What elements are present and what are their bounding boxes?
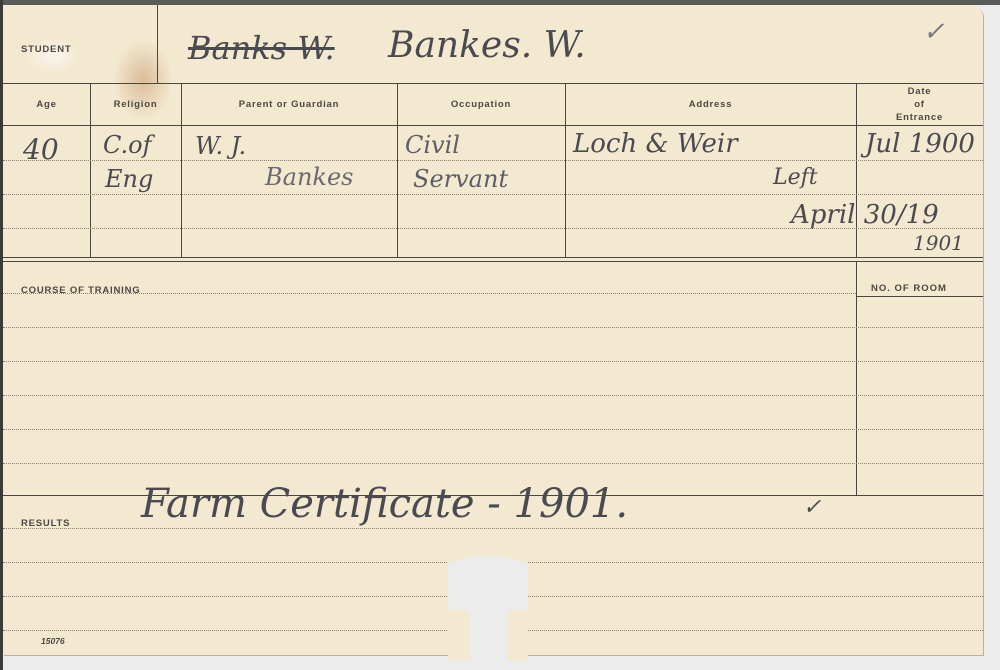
card-edge (448, 610, 470, 660)
occupation-value-line2: Servant (413, 165, 508, 193)
ruled-line (3, 160, 983, 161)
divider (3, 125, 983, 126)
header-parent-guardian: Parent or Guardian (181, 98, 397, 111)
student-name: Bankes. W. (388, 25, 586, 66)
card-serial-number: 15076 (41, 636, 65, 646)
header-address: Address (565, 98, 856, 111)
divider (3, 261, 983, 262)
card-edge (508, 610, 528, 660)
address-value: Loch & Weir (573, 129, 738, 159)
divider (181, 83, 182, 258)
date-entrance-value: Jul 1900 (865, 129, 975, 159)
student-label: Student (21, 44, 71, 55)
room-number-label: No. of Room (871, 283, 947, 294)
ruled-line (3, 327, 983, 328)
ruled-line (3, 361, 983, 362)
divider (157, 5, 158, 83)
header-date-line: Entrance (856, 111, 983, 124)
parent-value-line2: Bankes (265, 163, 353, 191)
religion-value-line1: C.of (103, 131, 151, 159)
ruled-line (3, 395, 983, 396)
divider (3, 257, 983, 258)
age-value: 40 (23, 133, 59, 166)
ruled-line (3, 429, 983, 430)
divider (856, 296, 983, 297)
results-value: Farm Certificate - 1901. (141, 481, 628, 527)
religion-value-line2: Eng (105, 165, 153, 193)
date-left-value: April 30/19 (791, 200, 939, 230)
date-left-year: 1901 (913, 231, 964, 255)
divider (856, 83, 857, 258)
divider (90, 83, 91, 258)
course-of-training-label: Course of Training (21, 285, 140, 296)
occupation-value-line1: Civil (405, 131, 460, 159)
address-note: Left (773, 165, 818, 190)
check-mark-icon: ✓ (803, 495, 821, 520)
divider (565, 83, 566, 258)
ruled-line (3, 293, 856, 294)
ruled-line (3, 528, 983, 529)
parent-value-line1: W. J. (195, 132, 246, 160)
header-date-line: of (856, 98, 983, 111)
stain-mark (23, 35, 83, 75)
check-mark-icon: ✓ (923, 17, 945, 47)
ruled-line (3, 463, 983, 464)
header-date-line: Date (856, 85, 983, 98)
divider (3, 83, 983, 84)
ruled-line (3, 194, 983, 195)
header-age: Age (3, 98, 90, 111)
divider (397, 83, 398, 258)
student-name-struck: Banks W. (188, 29, 335, 67)
header-religion: Religion (90, 98, 181, 111)
header-occupation: Occupation (397, 98, 565, 111)
header-date-of-entrance: Date of Entrance (856, 85, 983, 124)
